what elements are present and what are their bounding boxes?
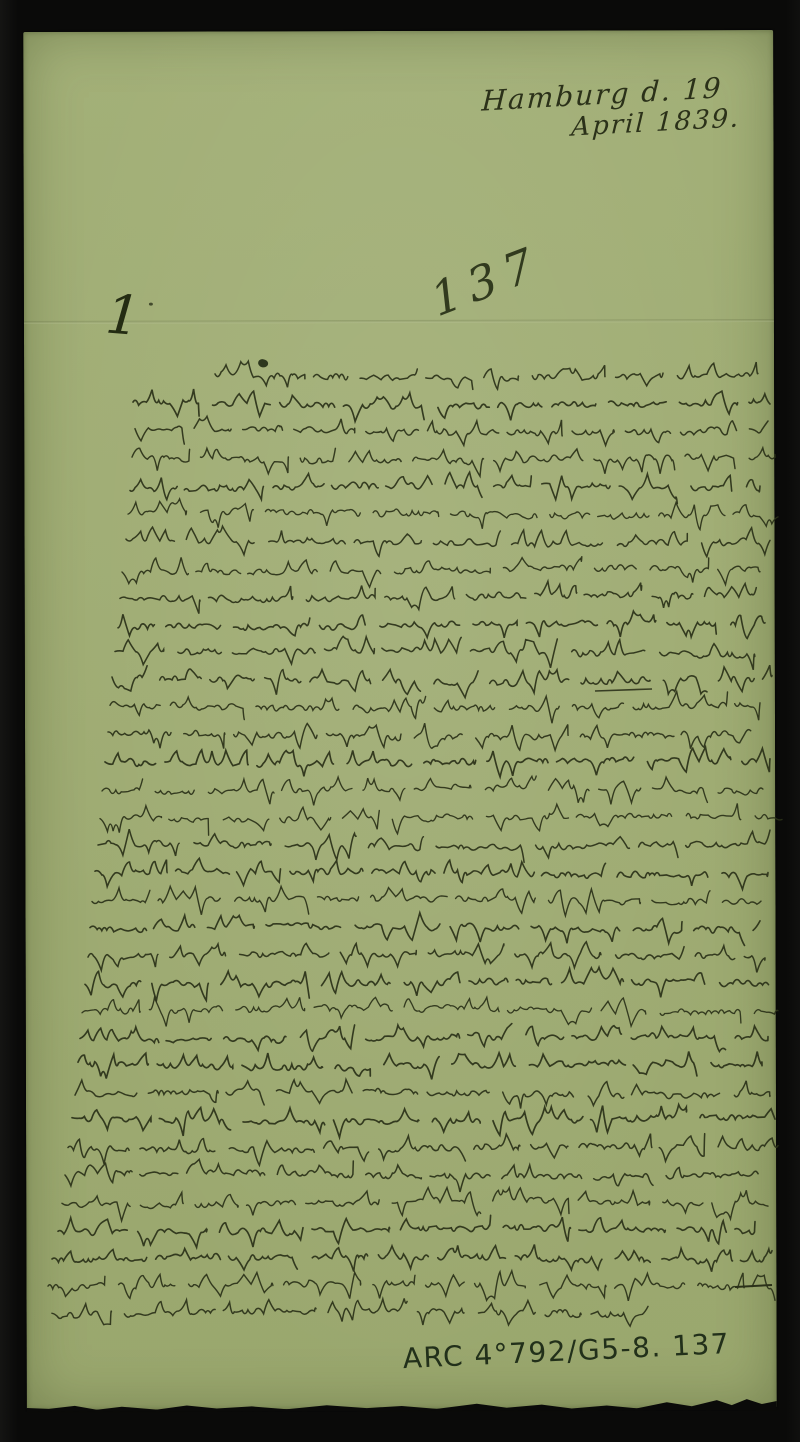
ink-speck [149,303,153,306]
page-number-annotation: 1 [103,282,143,348]
ink-blot [257,358,269,369]
paper-torn-edge [27,1396,777,1412]
dateline: Hamburg d. 19 April 1839. [481,70,741,148]
archive-reference: ARC 4°792/G5-8. 137 [402,1327,731,1375]
folio-number-annotation: 137 [425,234,548,327]
letter-paper: Hamburg d. 19 April 1839. 137 1 ARC 4°79… [23,30,777,1410]
